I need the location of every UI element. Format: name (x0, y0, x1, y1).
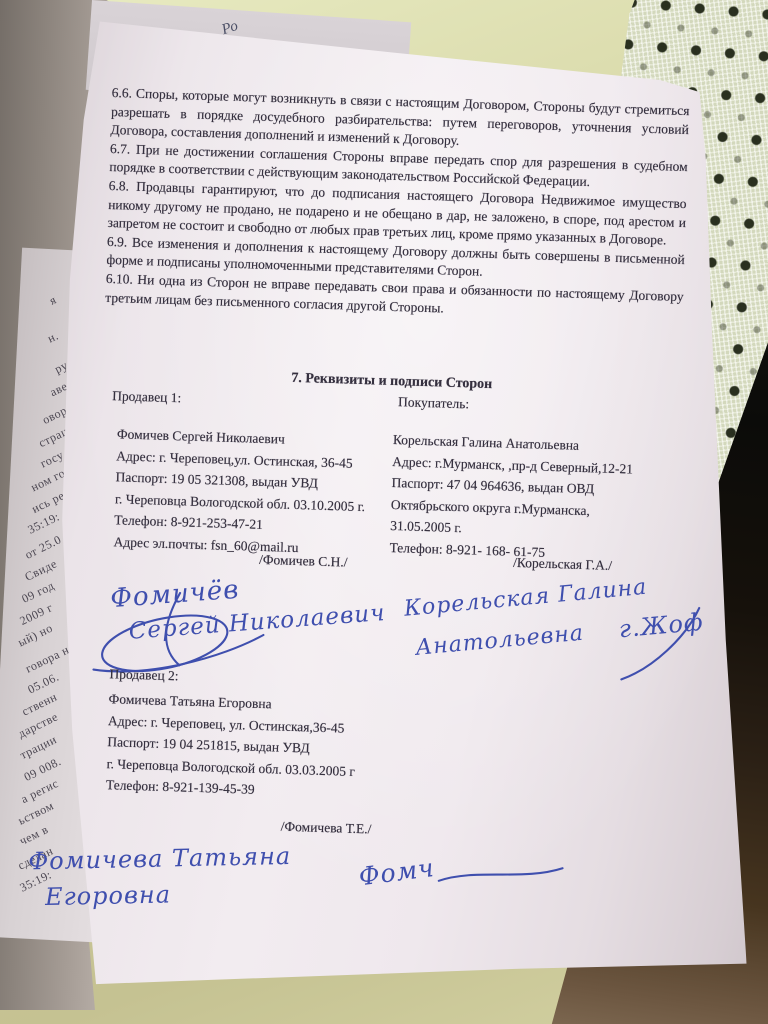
seller2-details: Фомичева Татьяна ЕгоровнаАдрес: г. Череп… (106, 688, 358, 803)
seller1-signature-label: /Фомичев С.Н./ (259, 552, 348, 571)
buyer-signature-label: /Корельская Г.А./ (513, 555, 612, 574)
buyer-details: Корельская Галина АнатольевнаАдрес: г.Му… (389, 429, 634, 566)
seller2-signature-flourish (436, 862, 566, 889)
contract-page-content: 6.6. Споры, которые могут возникнуть в с… (83, 84, 690, 1022)
buyer-sig-line2: Анатольевна (415, 621, 585, 661)
buyer-heading: Покупатель: (398, 394, 469, 412)
seller2-signature-label: /Фомичева Т.Е./ (281, 819, 372, 838)
seller2-sig-line1: Фомичева Татьяна (28, 842, 291, 876)
seller1-details: Фомичев Сергей НиколаевичАдрес: г. Череп… (113, 423, 367, 560)
buyer-handwritten-signature: Корельская Галина Анатольевна г.Жоф (403, 571, 691, 696)
contract-clauses: 6.6. Споры, которые могут возникнуть в с… (105, 84, 690, 325)
seller2-sig-tail: Фомч (357, 853, 436, 891)
seller2-sig-line2: Егоровна (45, 880, 172, 911)
seller1-heading: Продавец 1: (112, 388, 182, 406)
seller2-handwritten-signature: Фомичева Татьяна Егоровна Фомч (28, 837, 550, 938)
seller2-heading: Продавец 2: (109, 666, 179, 684)
section-title: 7. Реквизиты и подписи Сторон (103, 365, 681, 399)
buyer-signature-flourish (611, 605, 717, 684)
